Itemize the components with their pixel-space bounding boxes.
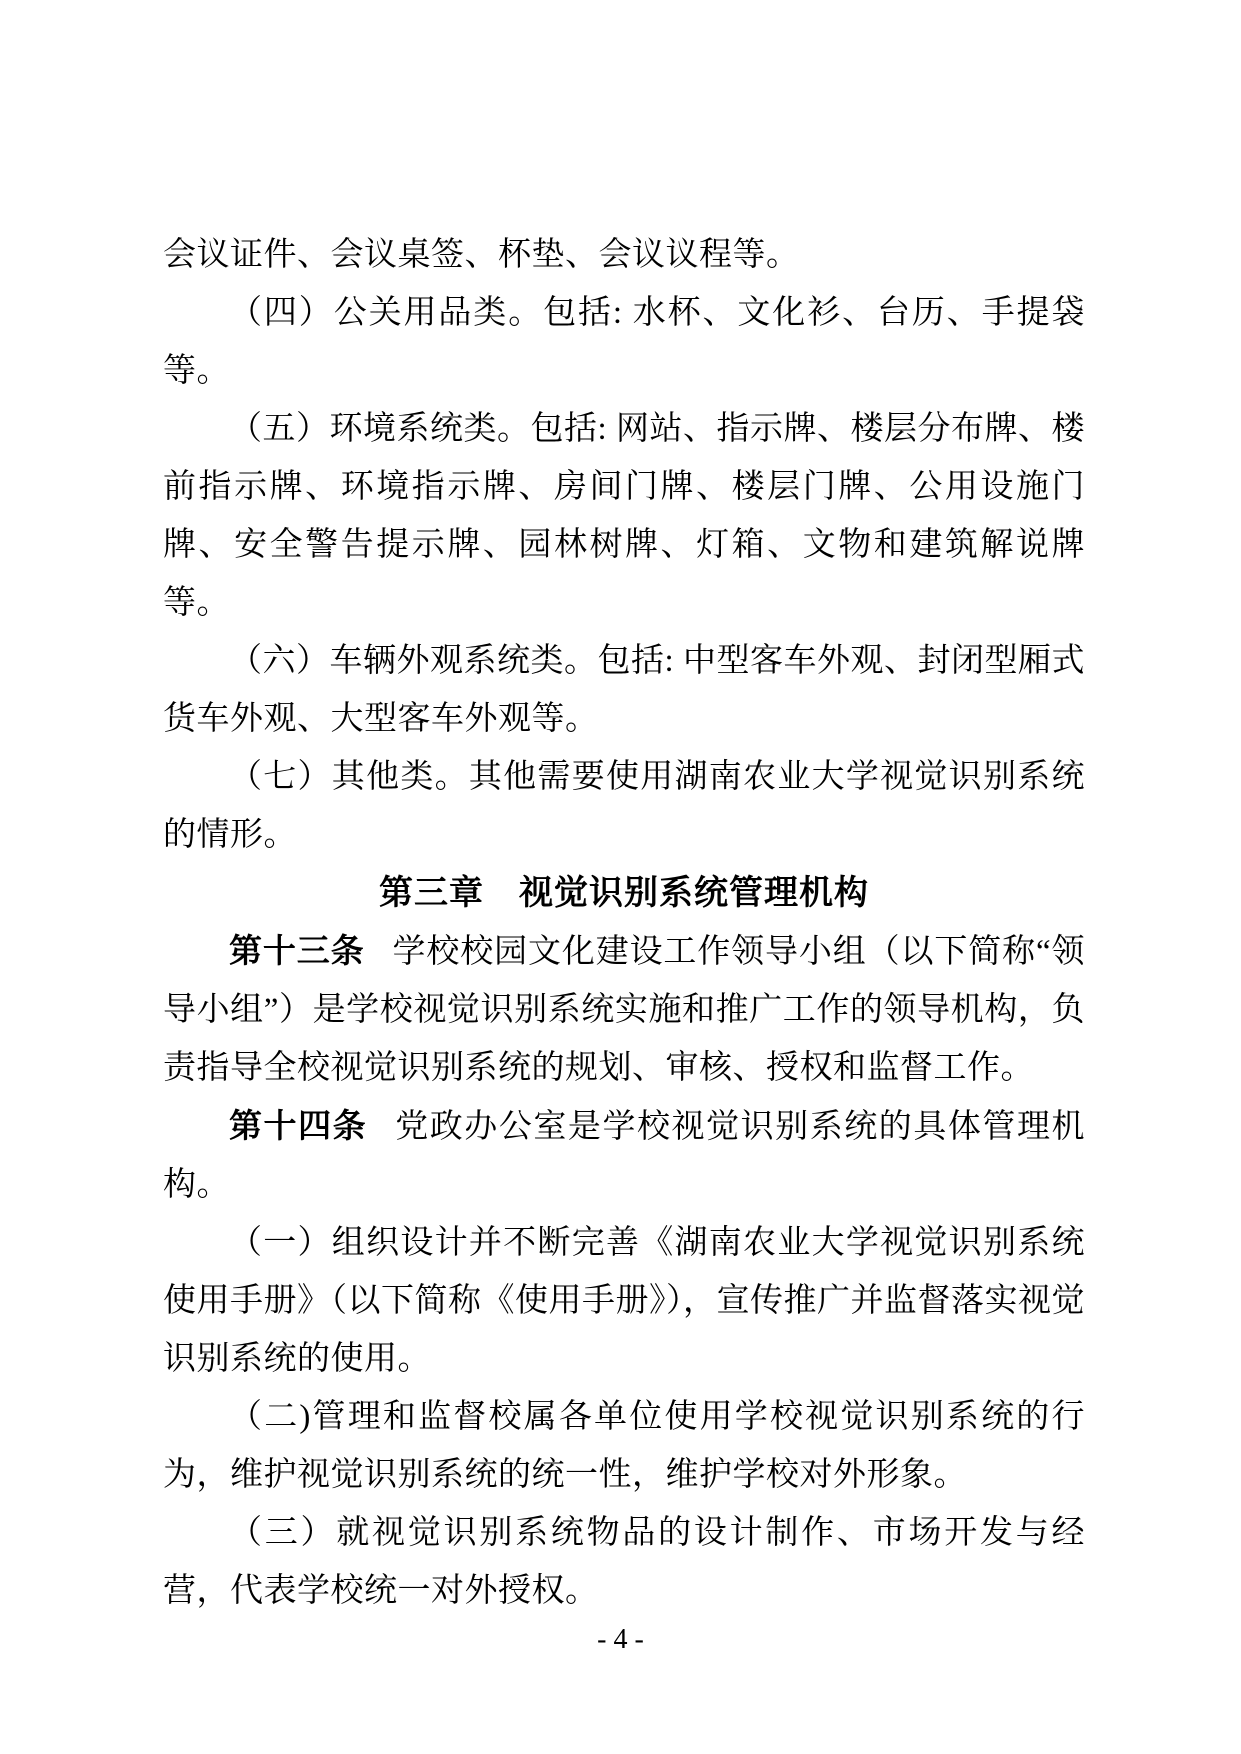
page-number: - 4 - [0,1620,1241,1660]
duty-paragraph-2: （二)管理和监督校属各单位使用学校视觉识别系统的行为，维护视觉识别系统的统一性，… [163,1388,1085,1504]
article-13-paragraph: 第十三条学校校园文化建设工作领导小组（以下简称“领导小组”）是学校视觉识别系统实… [163,922,1085,1097]
duty-paragraph-1: （一）组织设计并不断完善《湖南农业大学视觉识别系统使用手册》（以下简称《使用手册… [163,1214,1085,1388]
paragraph-item-6: （六）车辆外观系统类。包括: 中型客车外观、封闭型厢式货车外观、大型客车外观等。 [163,632,1085,748]
article-13-lead: 第十三条 [229,932,364,969]
paragraph-item-4: （四）公关用品类。包括: 水杯、文化衫、台历、手提袋等。 [163,284,1085,400]
article-14-lead: 第十四条 [229,1107,367,1144]
document-page: 会议证件、会议桌签、杯垫、会议议程等。 （四）公关用品类。包括: 水杯、文化衫、… [0,0,1241,1754]
document-content: 会议证件、会议桌签、杯垫、会议议程等。 （四）公关用品类。包括: 水杯、文化衫、… [163,226,1085,1620]
paragraph-item-7: （七）其他类。其他需要使用湖南农业大学视觉识别系统的情形。 [163,748,1085,864]
duty-paragraph-3: （三）就视觉识别系统物品的设计制作、市场开发与经营，代表学校统一对外授权。 [163,1504,1085,1620]
paragraph-list-continuation: 会议证件、会议桌签、杯垫、会议议程等。 [163,226,1085,284]
article-14-paragraph: 第十四条党政办公室是学校视觉识别系统的具体管理机构。 [163,1097,1085,1214]
chapter-heading: 第三章 视觉识别系统管理机构 [163,864,1085,922]
paragraph-item-5: （五）环境系统类。包括: 网站、指示牌、楼层分布牌、楼前指示牌、环境指示牌、房间… [163,400,1085,632]
